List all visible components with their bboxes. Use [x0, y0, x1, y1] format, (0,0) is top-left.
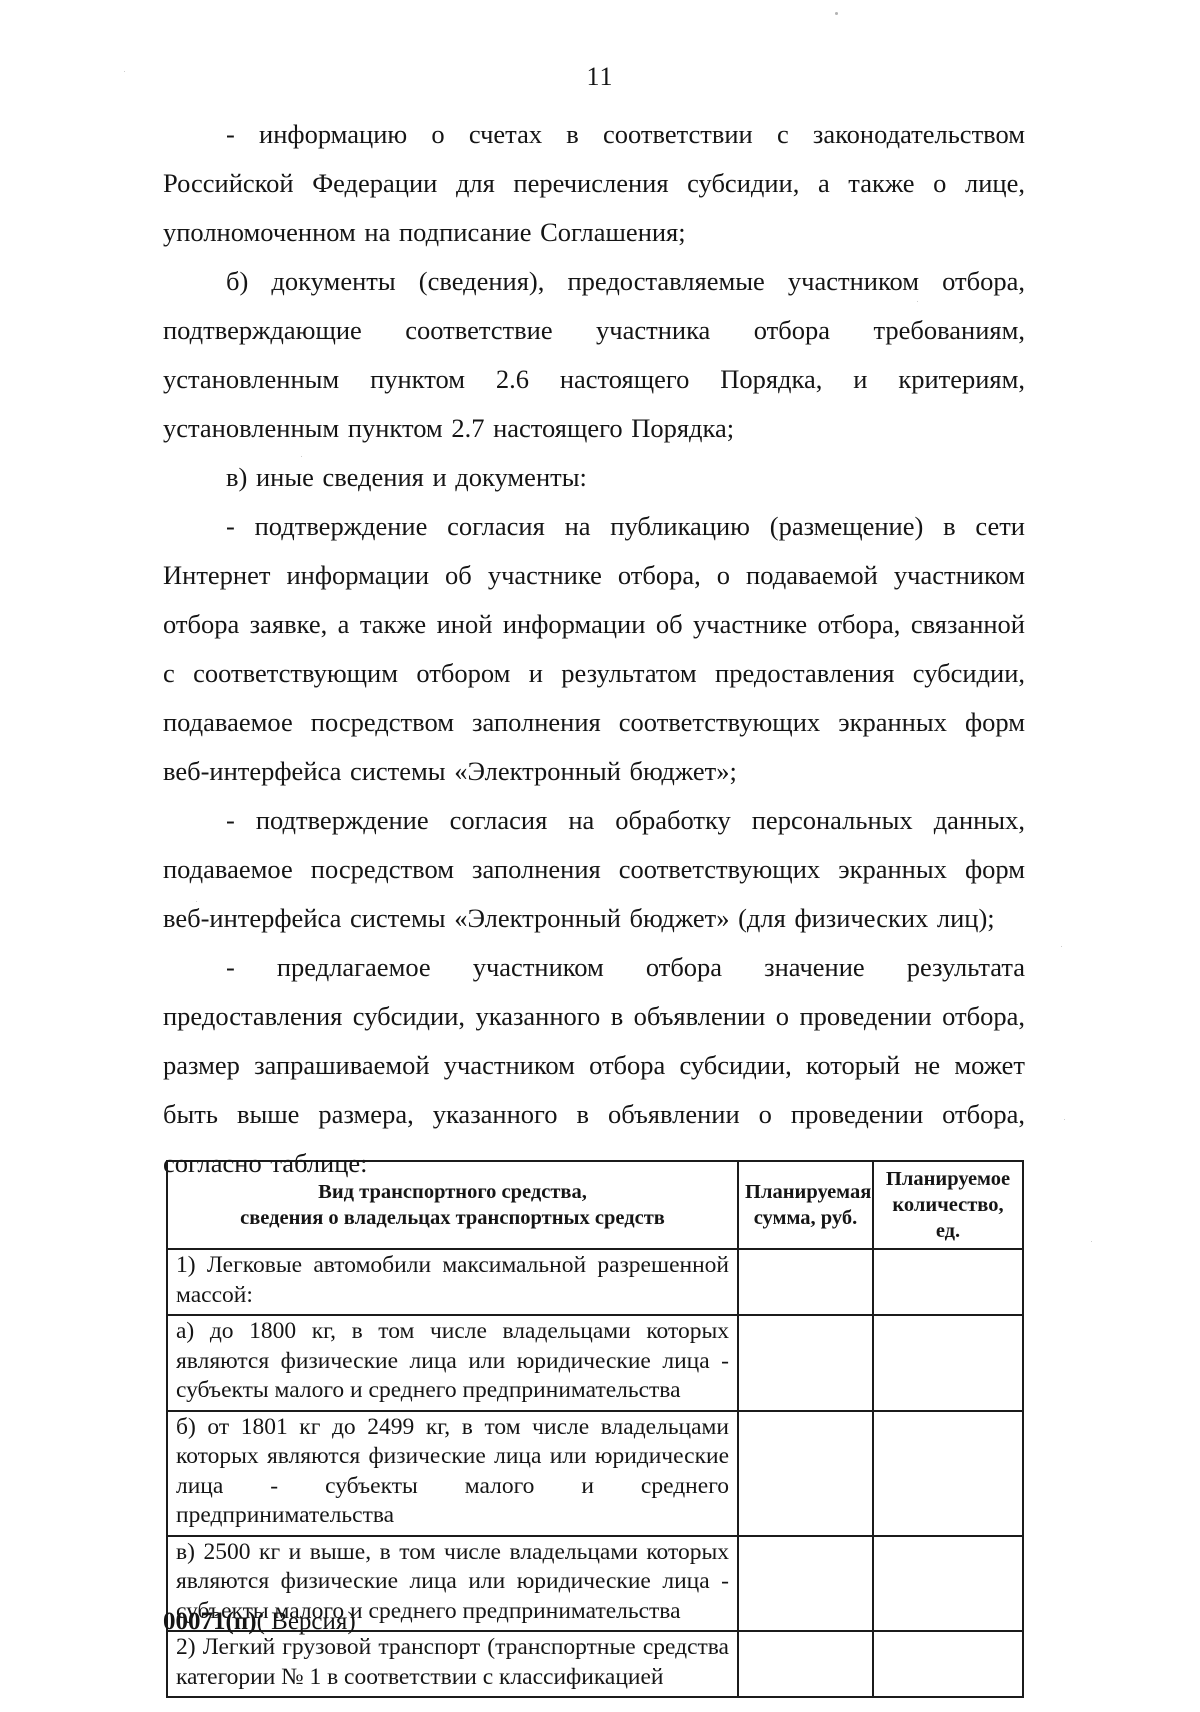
cell-planned-count: [873, 1411, 1023, 1536]
header-vehicle-type-line1: Вид транспортного средства,: [318, 1181, 587, 1203]
cell-planned-sum: [738, 1249, 873, 1315]
document-footer: 00071(п)( Версия): [163, 1608, 356, 1636]
paragraph-publication-consent: - подтверждение согласия на публикацию (…: [163, 502, 1025, 796]
table-row: 1) Легковые автомобили максимальной разр…: [167, 1249, 1023, 1315]
cell-description: б) от 1801 кг до 2499 кг, в том числе вл…: [167, 1411, 738, 1536]
paragraph-subsidy-amount: - предлагаемое участником отбора значени…: [163, 943, 1025, 1188]
paragraph-personal-data-consent: - подтверждение согласия на обработку пе…: [163, 796, 1025, 943]
header-vehicle-type: Вид транспортного средства, сведения о в…: [167, 1161, 738, 1249]
cell-planned-sum: [738, 1411, 873, 1536]
header-planned-sum: Планируемая сумма, руб.: [738, 1161, 873, 1249]
cell-planned-count: [873, 1631, 1023, 1697]
paragraph-documents-b: б) документы (сведения), предоставляемые…: [163, 257, 1025, 453]
cell-description: 2) Легкий грузовой транспорт (транспортн…: [167, 1631, 738, 1697]
document-page: 11 - информацию о счетах в соответствии …: [0, 0, 1200, 1712]
cell-planned-count: [873, 1536, 1023, 1632]
footer-document-code: 00071(п): [163, 1608, 257, 1635]
cell-planned-sum: [738, 1631, 873, 1697]
page-number: 11: [0, 62, 1200, 92]
paragraph-other-info-v: в) иные сведения и документы:: [163, 453, 1025, 502]
scan-noise-specks: [835, 12, 838, 15]
cell-planned-sum: [738, 1536, 873, 1632]
document-body: - информацию о счетах в соответствии с з…: [163, 110, 1025, 1188]
header-vehicle-type-line2: сведения о владельцах транспортных средс…: [240, 1207, 665, 1229]
table-row: б) от 1801 кг до 2499 кг, в том числе вл…: [167, 1411, 1023, 1536]
table-header-row: Вид транспортного средства, сведения о в…: [167, 1161, 1023, 1249]
cell-planned-count: [873, 1249, 1023, 1315]
table-row: 2) Легкий грузовой транспорт (транспортн…: [167, 1631, 1023, 1697]
cell-planned-count: [873, 1315, 1023, 1411]
paragraph-accounts-info: - информацию о счетах в соответствии с з…: [163, 110, 1025, 257]
cell-description: 1) Легковые автомобили максимальной разр…: [167, 1249, 738, 1315]
cell-planned-sum: [738, 1315, 873, 1411]
footer-version-label: ( Версия): [257, 1608, 356, 1635]
table-row: а) до 1800 кг, в том числе владельцами к…: [167, 1315, 1023, 1411]
cell-description: а) до 1800 кг, в том числе владельцами к…: [167, 1315, 738, 1411]
header-planned-count: Планируемое количество, ед.: [873, 1161, 1023, 1249]
